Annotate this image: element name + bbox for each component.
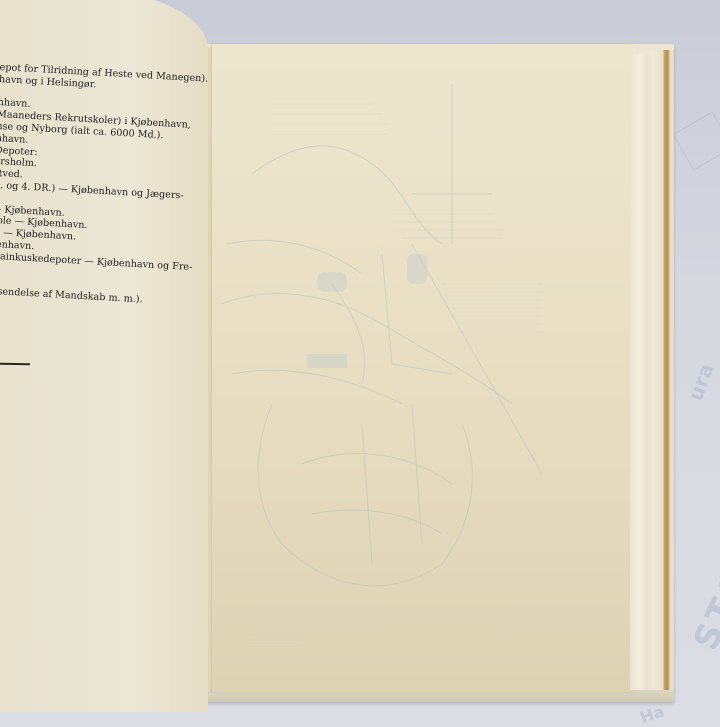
background-watermark: ura (683, 360, 718, 404)
map-fold-strip (630, 54, 648, 690)
left-text-page: epot for Tilridning af Heste ved Manegen… (0, 0, 208, 712)
section-rule (0, 363, 30, 365)
worn-board-edge (652, 50, 674, 690)
folded-map-page (212, 44, 632, 692)
background-watermark: STA (686, 564, 720, 656)
page-text: epot for Tilridning af Heste ved Manegen… (0, 62, 215, 310)
book-photo: ura STA Ha (0, 0, 720, 727)
map-show-through (212, 44, 632, 692)
background-watermark-mark (673, 111, 720, 170)
background-watermark: Ha (637, 701, 666, 727)
